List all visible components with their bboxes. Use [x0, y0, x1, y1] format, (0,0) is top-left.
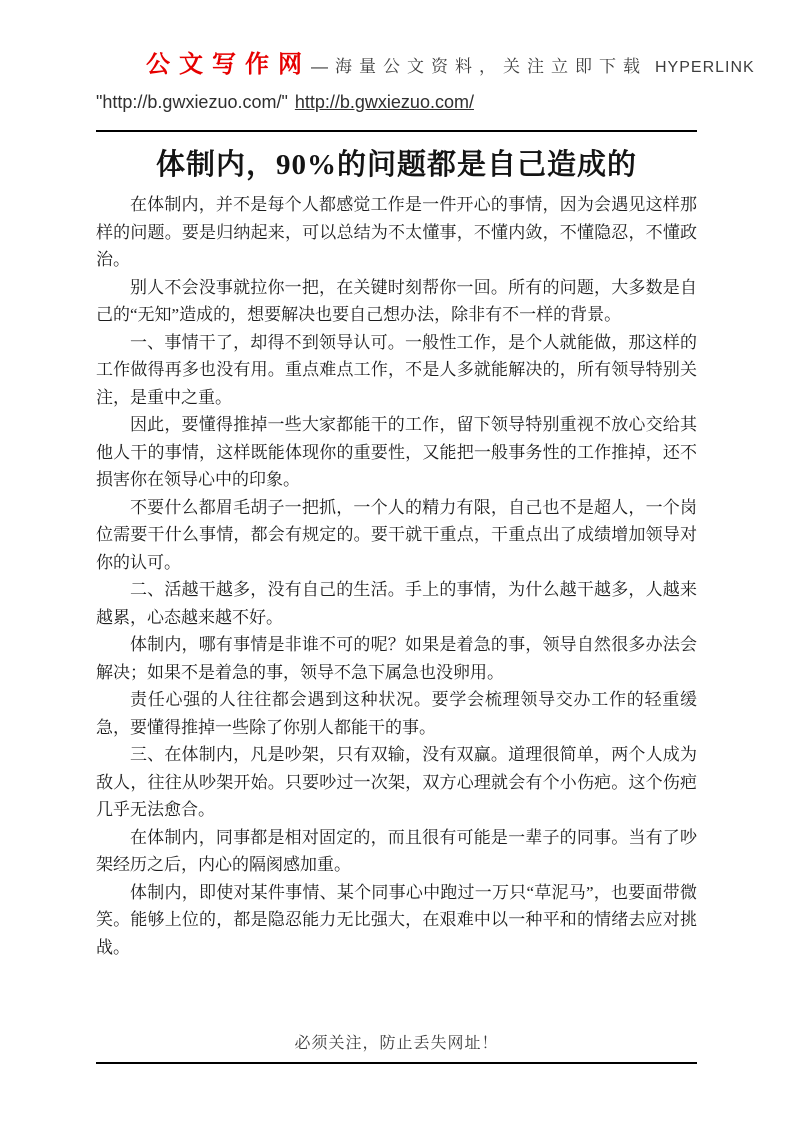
header-url-line: "http://b.gwxiezuo.com/"http://b.gwxiezu…: [96, 85, 697, 119]
document-footer: 必须关注，防止丢失网址！: [96, 1032, 697, 1064]
body-paragraph: 因此，要懂得推掉一些大家都能干的工作，留下领导特别重视不放心交给其他人干的事情，…: [96, 411, 697, 494]
hyperlink-field-label: HYPERLINK: [655, 59, 755, 76]
body-paragraph: 不要什么都眉毛胡子一把抓，一个人的精力有限，自己也不是超人，一个岗位需要干什么事…: [96, 494, 697, 577]
body-paragraph: 二、活越干越多，没有自己的生活。手上的事情，为什么越干越多，人越来越累，心态越来…: [96, 576, 697, 631]
header-brand-line: 公文写作网—海量公文资料，关注立即下载HYPERLINK: [96, 48, 697, 85]
body-paragraph: 三、在体制内，凡是吵架，只有双输，没有双赢。道理很简单，两个人成为敌人，往往从吵…: [96, 741, 697, 824]
footer-divider: [96, 1062, 697, 1064]
article-body: 在体制内，并不是每个人都感觉工作是一件开心的事情，因为会遇见这样那样的问题。要是…: [96, 191, 697, 961]
body-paragraph: 体制内，哪有事情是非谁不可的呢？如果是着急的事，领导自然很多办法会解决；如果不是…: [96, 631, 697, 686]
body-paragraph: 别人不会没事就拉你一把，在关键时刻帮你一回。所有的问题，大多数是自己的“无知”造…: [96, 274, 697, 329]
quoted-url-text: "http://b.gwxiezuo.com/": [96, 92, 288, 112]
website-link[interactable]: http://b.gwxiezuo.com/: [295, 92, 474, 112]
body-paragraph: 责任心强的人往往都会遇到这种状况。要学会梳理领导交办工作的轻重缓急，要懂得推掉一…: [96, 686, 697, 741]
body-paragraph: 一、事情干了，却得不到领导认可。一般性工作，是个人就能做，那这样的工作做得再多也…: [96, 329, 697, 412]
page-title: 体制内，90%的问题都是自己造成的: [96, 145, 697, 185]
document-header: 公文写作网—海量公文资料，关注立即下载HYPERLINK "http://b.g…: [0, 0, 793, 119]
header-divider: [96, 130, 697, 132]
footer-note: 必须关注，防止丢失网址！: [96, 1032, 697, 1056]
document-page: 公文写作网—海量公文资料，关注立即下载HYPERLINK "http://b.g…: [0, 0, 793, 1121]
body-paragraph: 体制内，即使对某件事情、某个同事心中跑过一万只“草泥马”，也要面带微笑。能够上位…: [96, 879, 697, 962]
body-paragraph: 在体制内，并不是每个人都感觉工作是一件开心的事情，因为会遇见这样那样的问题。要是…: [96, 191, 697, 274]
brand-text: 公文写作网: [146, 51, 311, 78]
body-paragraph: 在体制内，同事都是相对固定的，而且很有可能是一辈子的同事。当有了吵架经历之后，内…: [96, 824, 697, 879]
header-tagline: —海量公文资料，关注立即下载: [311, 57, 647, 76]
